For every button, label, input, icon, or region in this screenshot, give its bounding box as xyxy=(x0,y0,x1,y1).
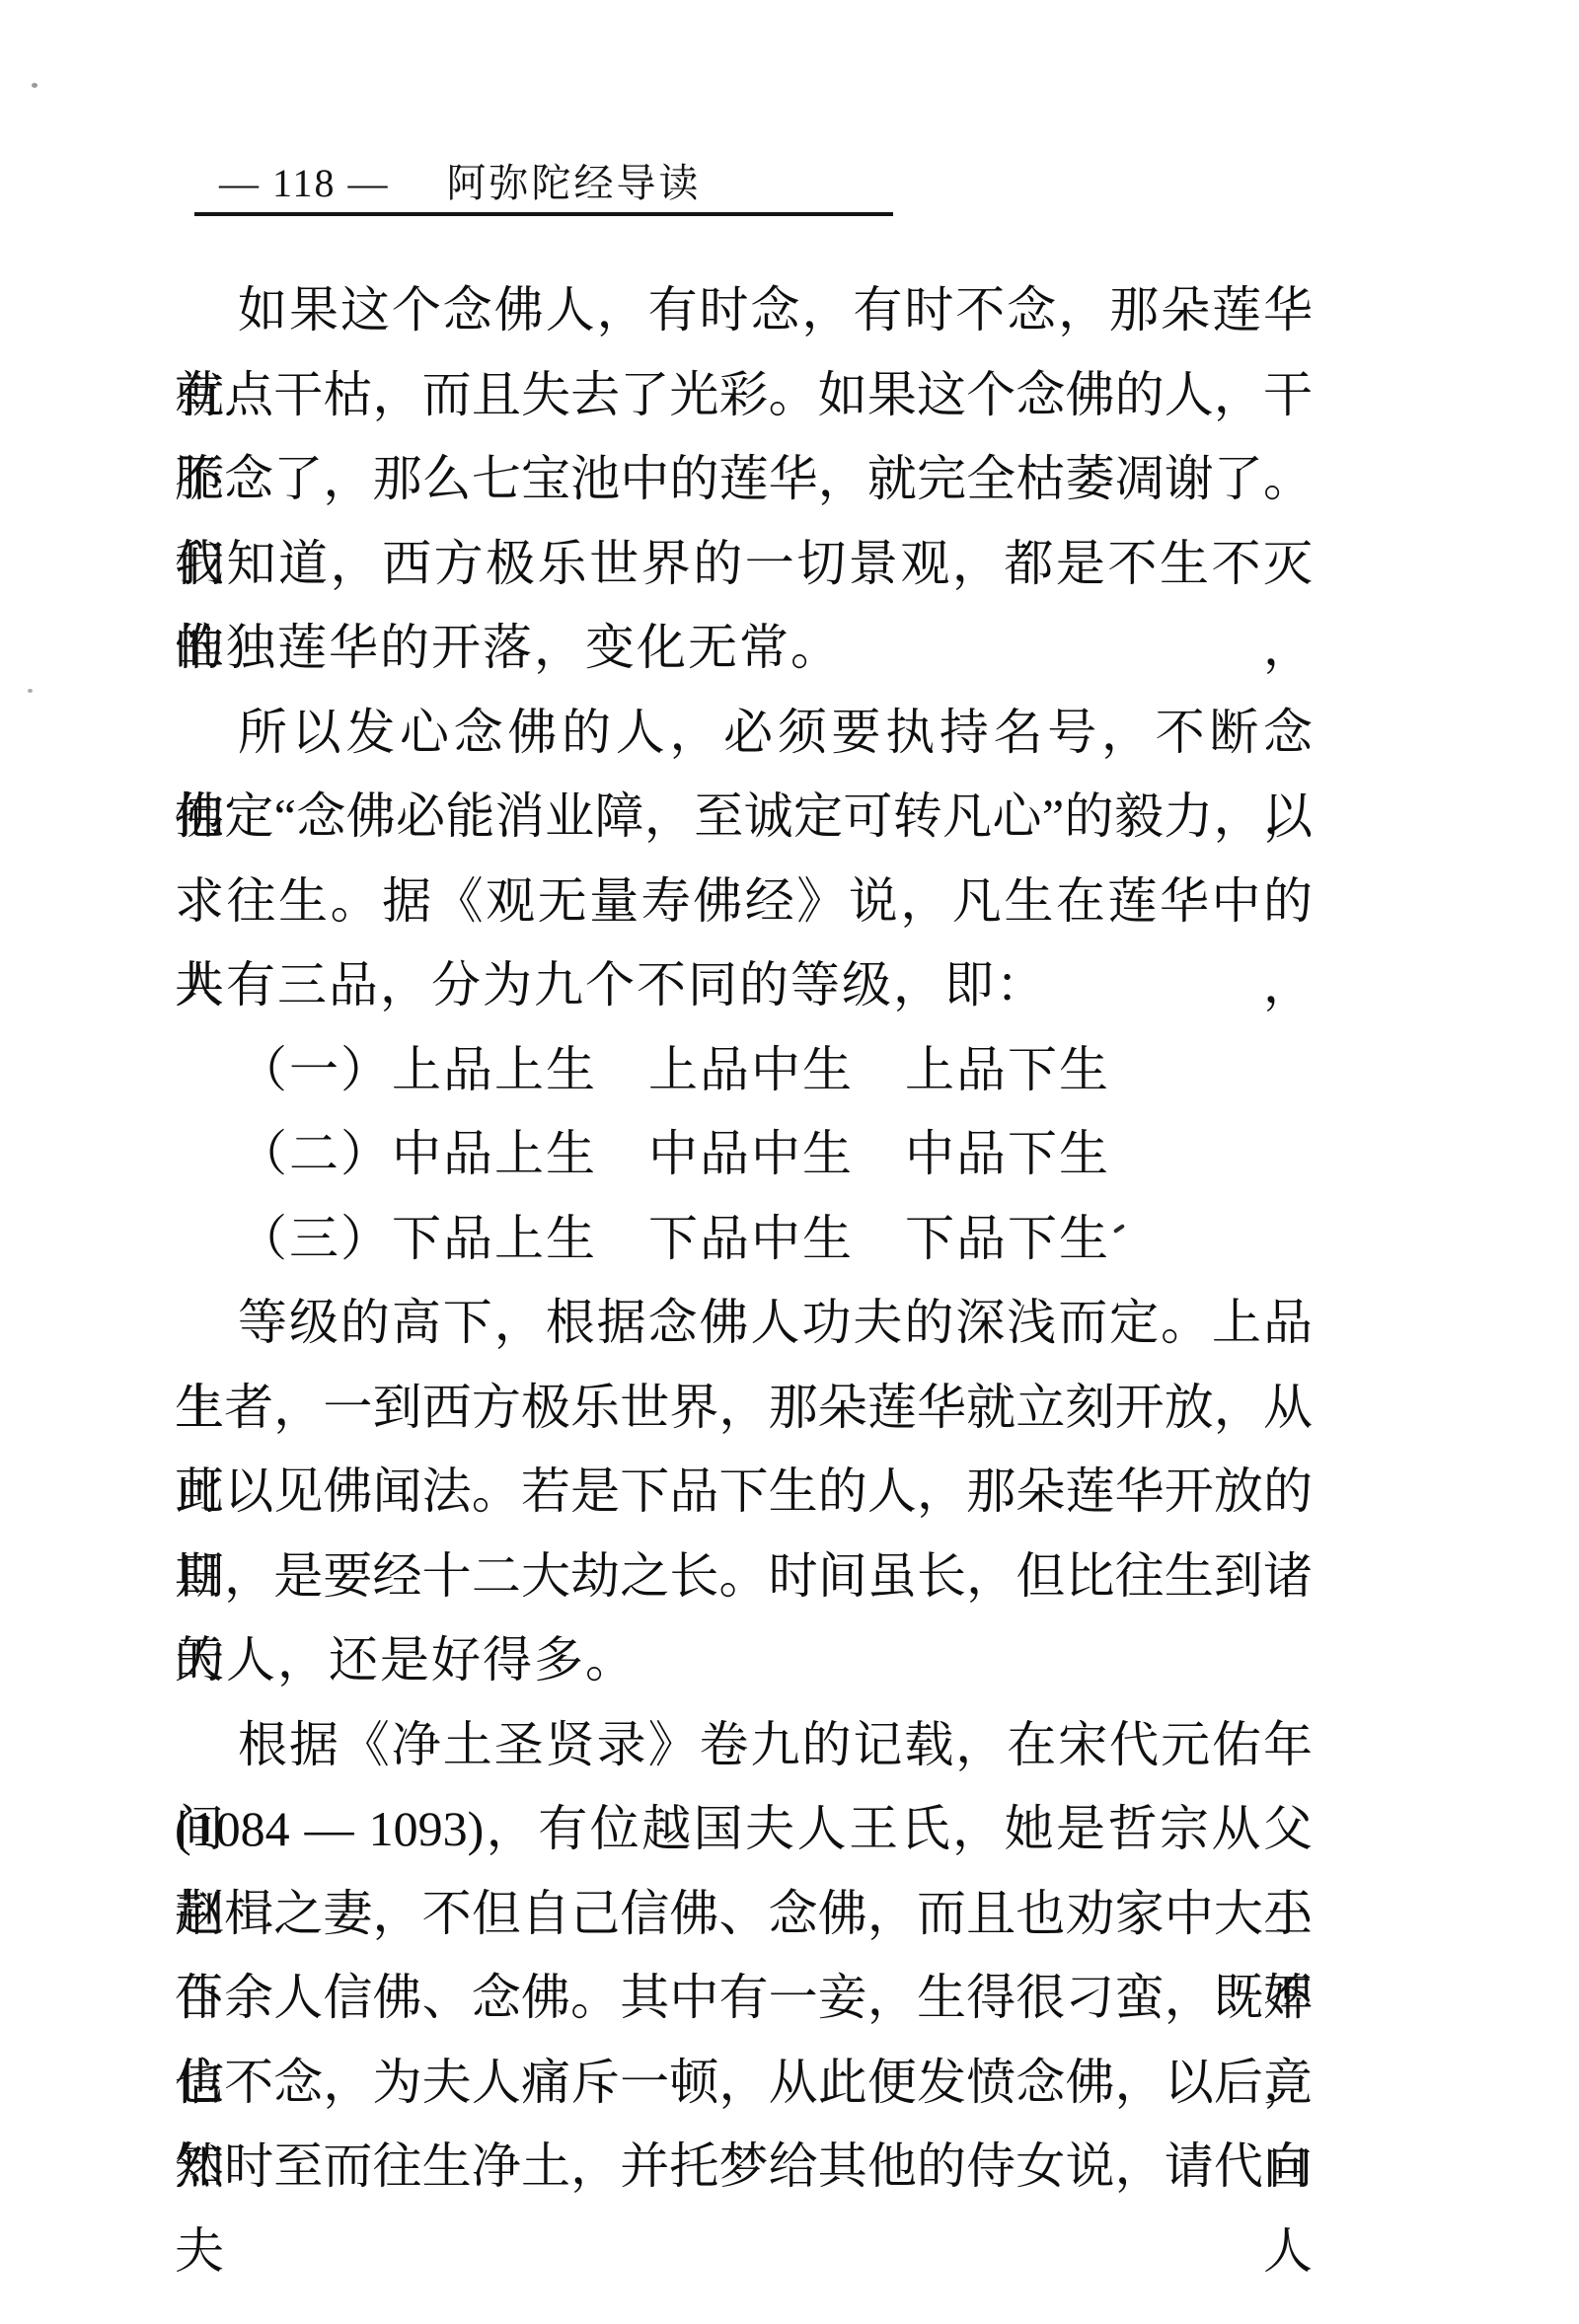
text-line: 等级的高下，根据念佛人功夫的深浅而定。上品上 xyxy=(175,1281,1313,1366)
text-line: 的人，还是好得多。 xyxy=(175,1618,1313,1703)
book-page: — 118 — 阿弥陀经导读 如果这个念佛人，有时念，有时不念，那朵莲华就 有点… xyxy=(0,0,1579,2324)
text-line: 们知道，西方极乐世界的一切景观，都是不生不灭的， xyxy=(175,522,1313,607)
text-line: 所以发心念佛的人，必须要执持名号，不断念佛， xyxy=(175,691,1313,776)
header-rule xyxy=(194,212,893,216)
text-line: 不念了，那么七宝池中的莲华，就完全枯萎凋谢了。我 xyxy=(175,437,1313,522)
page-body: 如果这个念佛人，有时念，有时不念，那朵莲华就 有点干枯，而且失去了光彩。如果这个… xyxy=(175,268,1313,2210)
page-header: — 118 — 阿弥陀经导读 xyxy=(219,156,702,211)
text-line: 求往生。据《观无量寿佛经》说，凡生在莲华中的人， xyxy=(175,860,1313,944)
page-number: — 118 — xyxy=(219,156,390,211)
list-line: （一）上品上生 上品中生 上品下生 xyxy=(175,1028,1313,1113)
text-line: 生者，一到西方极乐世界，那朵莲华就立刻开放，从此 xyxy=(175,1366,1313,1451)
text-line: (1084 — 1093)，有位越国夫人王氏，她是哲宗从父荆王 xyxy=(175,1787,1313,1872)
text-line: 如果这个念佛人，有时念，有时不念，那朵莲华就 xyxy=(175,268,1313,353)
ink-speck xyxy=(28,689,33,693)
text-line: 抱定“念佛必能消业障，至诚定可转凡心”的毅力，以 xyxy=(175,775,1313,860)
running-title: 阿弥陀经导读 xyxy=(447,156,702,211)
text-line: 期，是要经十二大劫之长。时间虽长，但比往生到诸天 xyxy=(175,1535,1313,1619)
text-line: 百余人信佛、念佛。其中有一妾，生得很刁蛮，既不信， xyxy=(175,1956,1313,2041)
list-line: （二）中品上生 中品中生 中品下生 xyxy=(175,1112,1313,1197)
text-line: 知时至而往生净土，并托梦给其他的侍女说，请代向夫人 xyxy=(175,2125,1313,2210)
list-line: （三）下品上生 下品中生 下品下生 xyxy=(175,1197,1313,1282)
text-line: 赵楫之妻，不但自己信佛、念佛，而且也劝家中大小仆婢 xyxy=(175,1872,1313,1957)
text-line: 有点干枯，而且失去了光彩。如果这个念佛的人，干脆 xyxy=(175,353,1313,438)
text-line: 也不念，为夫人痛斥一顿，从此便发愤念佛，以后竟然自 xyxy=(175,2041,1313,2126)
text-line: 可以见佛闻法。若是下品下生的人，那朵莲华开放的日 xyxy=(175,1450,1313,1535)
text-line: 根据《净土圣贤录》卷九的记载，在宋代元佑年间 xyxy=(175,1703,1313,1788)
ink-speck xyxy=(32,83,38,88)
